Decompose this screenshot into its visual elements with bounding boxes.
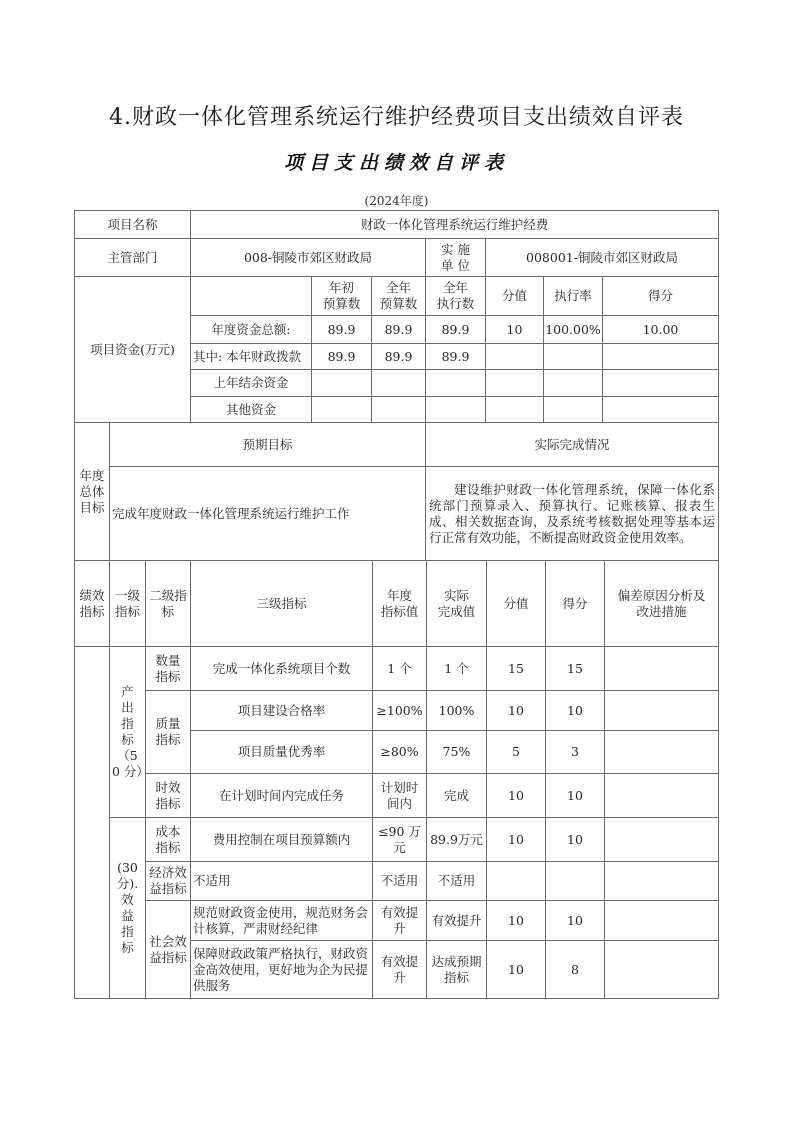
funds-label-text: 项目资金(万元) xyxy=(90,342,175,358)
funds-row-0-score_value: 10 xyxy=(485,315,544,344)
dept-label-text: 主管部门 xyxy=(107,250,157,266)
indicator-row-3-deviation xyxy=(604,773,719,818)
funds-row-3-name-text: 其他资金 xyxy=(226,402,276,418)
funds-header-5-text: 得分 xyxy=(648,288,673,304)
indicator-row-3-score_value: 10 xyxy=(486,773,546,818)
indicator-row-6-target-text: 有效提 升 xyxy=(381,905,419,937)
indicator-row-7-target: 有效提 升 xyxy=(372,940,427,999)
indicator-row-4-score_value: 10 xyxy=(486,817,546,862)
indicator-header-target-text: 年度 指标值 xyxy=(381,588,419,620)
indicator-row-6-name: 规范财政资金使用，规范财务会计核算，严肃财经纪律 xyxy=(190,900,373,941)
funds-row-0-score_value-text: 10 xyxy=(507,322,523,338)
indicator-row-5-deviation xyxy=(604,861,719,901)
indicator-row-0-target: 1 个 xyxy=(372,646,427,691)
goals-label-text: 年度 总体 目标 xyxy=(79,468,104,516)
funds-header-4: 执行率 xyxy=(543,276,603,316)
indicator-row-6-score-text: 10 xyxy=(567,913,583,929)
indicator-row-2-actual: 75% xyxy=(426,730,487,774)
project-name-value-text: 财政一体化管理系统运行维护经费 xyxy=(361,217,549,233)
indicator-row-3-score_value-text: 10 xyxy=(508,788,524,804)
indicator-header-score_value-text: 分值 xyxy=(503,596,528,612)
group-social-text: 社会效 益指标 xyxy=(149,934,187,966)
indicator-row-7-score_value: 10 xyxy=(486,940,546,999)
indicator-header-target: 年度 指标值 xyxy=(372,560,427,647)
indicator-row-0-actual: 1 个 xyxy=(426,646,487,691)
funds-row-1-name-text: 其中: 本年财政拨款 xyxy=(193,349,301,365)
funds-row-2-executed xyxy=(425,369,486,397)
indicator-header-actual: 实际 完成值 xyxy=(426,560,487,647)
funds-row-0-executed: 89.9 xyxy=(425,315,486,344)
group-economic-text: 经济效 益指标 xyxy=(149,865,187,897)
indicator-row-6-score_value: 10 xyxy=(486,900,546,941)
group-social: 社会效 益指标 xyxy=(145,900,191,999)
indicator-row-3-actual: 完成 xyxy=(426,773,487,818)
indicator-row-5-name-text: 不适用 xyxy=(193,873,231,889)
indicator-header-deviation: 偏差原因分析及 改进措施 xyxy=(604,560,719,647)
indicator-row-2-actual-text: 75% xyxy=(443,744,471,760)
indicator-row-1-score_value: 10 xyxy=(486,690,546,731)
indicator-row-6-actual-text: 有效提升 xyxy=(431,913,481,929)
indicator-header-score: 得分 xyxy=(545,560,605,647)
indicator-header-level1: 一级 指标 xyxy=(109,560,146,647)
funds-row-2-rate xyxy=(543,369,603,397)
indicator-row-0-target-text: 1 个 xyxy=(387,661,411,677)
indicator-row-4-actual: 89.9万元 xyxy=(426,817,487,862)
indicator-row-3-target: 计划时 间内 xyxy=(372,773,427,818)
funds-row-0-annual-text: 89.9 xyxy=(385,322,413,338)
impl-unit-value-text: 008001-铜陵市郊区财政局 xyxy=(526,250,678,266)
indicator-header-level3: 三级指标 xyxy=(190,560,373,647)
benefit-indicator-label-text: (30 分). 效 益 指 标 xyxy=(117,860,138,956)
indicator-row-5-target: 不适用 xyxy=(372,861,427,901)
funds-row-0-annual: 89.9 xyxy=(371,315,426,344)
funds-header-blank xyxy=(190,276,312,316)
group-quality: 质量 指标 xyxy=(145,690,191,774)
group-timeliness: 时效 指标 xyxy=(145,773,191,818)
funds-row-2-name: 上年结余资金 xyxy=(190,369,312,397)
indicator-header-level3-text: 三级指标 xyxy=(256,596,306,612)
indicator-header-deviation-text: 偏差原因分析及 改进措施 xyxy=(618,588,706,620)
indicator-row-3-name: 在计划时间内完成任务 xyxy=(190,773,373,818)
indicator-row-5-target-text: 不适用 xyxy=(381,873,419,889)
indicator-row-1-score: 10 xyxy=(545,690,605,731)
indicator-row-3-target-text: 计划时 间内 xyxy=(381,780,419,812)
goals-actual-text: 建设维护财政一体化管理系统，保障一体化系统部门预算录入、预算执行、记账核算、报表… xyxy=(429,482,715,546)
funds-row-1-score xyxy=(602,343,719,370)
indicator-row-0-name: 完成一体化系统项目个数 xyxy=(190,646,373,691)
group-quantity: 数量 指标 xyxy=(145,646,191,691)
funds-row-1-name: 其中: 本年财政拨款 xyxy=(190,343,312,370)
project-name-label: 项目名称 xyxy=(74,210,191,239)
funds-row-3-rate xyxy=(543,396,603,423)
goals-expected-text: 完成年度财政一体化管理系统运行维护工作 xyxy=(112,506,350,522)
indicator-row-1-name: 项目建设合格率 xyxy=(190,690,373,731)
indicator-row-6-actual: 有效提升 xyxy=(426,900,487,941)
indicator-row-7-name-text: 保障财政政策严格执行，财政资金高效使用，更好地为企为民提供服务 xyxy=(193,946,370,994)
funds-header-2: 全年 执行数 xyxy=(425,276,486,316)
indicator-row-2-score: 3 xyxy=(545,730,605,774)
indicator-row-6-score_value-text: 10 xyxy=(508,913,524,929)
indicator-row-4-name: 费用控制在项目预算额内 xyxy=(190,817,373,862)
funds-row-2-score xyxy=(602,369,719,397)
funds-row-1-executed-text: 89.9 xyxy=(442,349,470,365)
indicator-row-1-target-text: ≥100% xyxy=(376,703,422,719)
funds-row-2-initial xyxy=(311,369,372,397)
indicator-header-perf-text: 绩效 指标 xyxy=(79,588,104,620)
perf-indicator-blank xyxy=(74,646,110,999)
indicator-row-4-target-text: ≤90 万 元 xyxy=(378,824,421,856)
indicator-row-7-name: 保障财政政策严格执行，财政资金高效使用，更好地为企为民提供服务 xyxy=(190,940,373,999)
group-cost-text: 成本 指标 xyxy=(155,824,180,856)
indicator-header-score-text: 得分 xyxy=(562,596,587,612)
funds-row-1-annual-text: 89.9 xyxy=(385,349,413,365)
funds-row-3-executed xyxy=(425,396,486,423)
funds-row-2-name-text: 上年结余资金 xyxy=(213,375,288,391)
indicator-row-5-name: 不适用 xyxy=(190,861,373,901)
funds-row-0-rate: 100.00% xyxy=(543,315,603,344)
funds-row-3-score xyxy=(602,396,719,423)
funds-row-3-score_value xyxy=(485,396,544,423)
funds-row-0-rate-text: 100.00% xyxy=(545,322,601,338)
indicator-row-4-score_value-text: 10 xyxy=(508,832,524,848)
group-timeliness-text: 时效 指标 xyxy=(155,780,180,812)
indicator-header-level2: 二级指 标 xyxy=(145,560,191,647)
indicator-row-0-name-text: 完成一体化系统项目个数 xyxy=(213,661,351,677)
indicator-row-4-deviation xyxy=(604,817,719,862)
indicator-row-5-score_value xyxy=(486,861,546,901)
indicator-row-7-actual-text: 达成预期 指标 xyxy=(431,954,481,986)
funds-header-5: 得分 xyxy=(602,276,719,316)
funds-header-1-text: 全年 预算数 xyxy=(380,280,418,312)
goals-expected-header-text: 预期目标 xyxy=(242,437,292,453)
indicator-row-4-score-text: 10 xyxy=(567,832,583,848)
indicator-row-3-score: 10 xyxy=(545,773,605,818)
funds-header-0-text: 年初 预算数 xyxy=(323,280,361,312)
funds-row-0-score-text: 10.00 xyxy=(643,322,679,338)
indicator-row-5-actual: 不适用 xyxy=(426,861,487,901)
indicator-row-0-score: 15 xyxy=(545,646,605,691)
indicator-row-2-score_value-text: 5 xyxy=(512,744,520,760)
group-quantity-text: 数量 指标 xyxy=(155,653,180,685)
dept-value: 008-铜陵市郊区财政局 xyxy=(190,238,426,277)
goals-expected: 完成年度财政一体化管理系统运行维护工作 xyxy=(109,466,426,561)
indicator-row-2-target-text: ≥80% xyxy=(380,744,418,760)
form-subtitle: 项目支出绩效自评表 xyxy=(0,148,793,175)
funds-row-0-score: 10.00 xyxy=(602,315,719,344)
output-indicator-label-text: 产 出 指 标（5 0 分） xyxy=(112,684,143,780)
funds-label: 项目资金(万元) xyxy=(74,276,191,423)
funds-row-1-rate xyxy=(543,343,603,370)
funds-row-3-initial xyxy=(311,396,372,423)
indicator-row-0-score_value: 15 xyxy=(486,646,546,691)
indicator-row-1-score-text: 10 xyxy=(567,703,583,719)
indicator-row-7-actual: 达成预期 指标 xyxy=(426,940,487,999)
indicator-header-perf: 绩效 指标 xyxy=(74,560,110,647)
indicator-row-0-score_value-text: 15 xyxy=(508,661,524,677)
funds-header-4-text: 执行率 xyxy=(554,288,592,304)
indicator-row-0-deviation xyxy=(604,646,719,691)
output-indicator-label: 产 出 指 标（5 0 分） xyxy=(109,646,146,818)
indicator-header-actual-text: 实际 完成值 xyxy=(438,588,476,620)
indicator-row-2-score_value: 5 xyxy=(486,730,546,774)
funds-row-1-executed: 89.9 xyxy=(425,343,486,370)
dept-label: 主管部门 xyxy=(74,238,191,277)
funds-header-1: 全年 预算数 xyxy=(371,276,426,316)
indicator-header-level1-text: 一级 指标 xyxy=(115,588,140,620)
indicator-row-6-name-text: 规范财政资金使用，规范财务会计核算，严肃财经纪律 xyxy=(193,905,370,937)
impl-unit-label: 实 施 单 位 xyxy=(425,238,486,277)
indicator-row-5-score xyxy=(545,861,605,901)
dept-value-text: 008-铜陵市郊区财政局 xyxy=(244,250,372,266)
indicator-header-score_value: 分值 xyxy=(486,560,546,647)
indicator-row-2-name-text: 项目质量优秀率 xyxy=(238,744,326,760)
goals-expected-header: 预期目标 xyxy=(109,422,426,467)
funds-header-3: 分值 xyxy=(485,276,544,316)
indicator-row-2-score-text: 3 xyxy=(571,744,579,760)
indicator-row-7-score: 8 xyxy=(545,940,605,999)
funds-row-1-annual: 89.9 xyxy=(371,343,426,370)
goals-actual: 建设维护财政一体化管理系统，保障一体化系统部门预算录入、预算执行、记账核算、报表… xyxy=(425,466,719,561)
funds-row-2-annual xyxy=(371,369,426,397)
indicator-row-4-actual-text: 89.9万元 xyxy=(430,832,483,848)
indicator-row-1-name-text: 项目建设合格率 xyxy=(238,703,326,719)
indicator-row-1-score_value-text: 10 xyxy=(508,703,524,719)
benefit-indicator-label: (30 分). 效 益 指 标 xyxy=(109,817,146,999)
funds-row-0-name: 年度资金总额: xyxy=(190,315,312,344)
indicator-row-2-target: ≥80% xyxy=(372,730,427,774)
funds-row-0-initial-text: 89.9 xyxy=(328,322,356,338)
indicator-row-1-deviation xyxy=(604,690,719,731)
fiscal-year: (2024年度) xyxy=(0,192,793,209)
indicator-row-6-target: 有效提 升 xyxy=(372,900,427,941)
funds-row-1-initial-text: 89.9 xyxy=(328,349,356,365)
indicator-row-0-score-text: 15 xyxy=(567,661,583,677)
indicator-row-5-actual-text: 不适用 xyxy=(438,873,476,889)
project-name-value: 财政一体化管理系统运行维护经费 xyxy=(190,210,719,239)
document-title: 4.财政一体化管理系统运行维护经费项目支出绩效自评表 xyxy=(0,100,793,131)
indicator-row-4-target: ≤90 万 元 xyxy=(372,817,427,862)
indicator-row-6-deviation xyxy=(604,900,719,941)
group-quality-text: 质量 指标 xyxy=(155,716,180,748)
project-name-label-text: 项目名称 xyxy=(107,217,157,233)
funds-row-3-name: 其他资金 xyxy=(190,396,312,423)
funds-row-1-score_value xyxy=(485,343,544,370)
group-cost: 成本 指标 xyxy=(145,817,191,862)
funds-row-3-annual xyxy=(371,396,426,423)
funds-row-2-score_value xyxy=(485,369,544,397)
indicator-row-3-actual-text: 完成 xyxy=(444,788,469,804)
funds-row-1-initial: 89.9 xyxy=(311,343,372,370)
goals-actual-header: 实际完成情况 xyxy=(425,422,719,467)
funds-header-0: 年初 预算数 xyxy=(311,276,372,316)
funds-row-0-name-text: 年度资金总额: xyxy=(211,322,290,338)
funds-header-3-text: 分值 xyxy=(502,288,527,304)
indicator-row-3-name-text: 在计划时间内完成任务 xyxy=(219,788,344,804)
indicator-row-6-score: 10 xyxy=(545,900,605,941)
indicator-row-1-target: ≥100% xyxy=(372,690,427,731)
indicator-row-0-actual-text: 1 个 xyxy=(444,661,468,677)
indicator-row-4-score: 10 xyxy=(545,817,605,862)
funds-row-0-initial: 89.9 xyxy=(311,315,372,344)
indicator-row-1-actual: 100% xyxy=(426,690,487,731)
indicator-row-2-name: 项目质量优秀率 xyxy=(190,730,373,774)
funds-row-0-executed-text: 89.9 xyxy=(442,322,470,338)
indicator-row-7-score_value-text: 10 xyxy=(508,962,524,978)
group-economic: 经济效 益指标 xyxy=(145,861,191,901)
goals-label: 年度 总体 目标 xyxy=(74,422,110,561)
indicator-row-7-score-text: 8 xyxy=(571,962,579,978)
impl-unit-label-text: 实 施 单 位 xyxy=(441,242,470,274)
goals-actual-header-text: 实际完成情况 xyxy=(534,437,609,453)
impl-unit-value: 008001-铜陵市郊区财政局 xyxy=(485,238,719,277)
indicator-row-4-name-text: 费用控制在项目预算额内 xyxy=(213,832,351,848)
indicator-row-7-deviation xyxy=(604,940,719,999)
funds-header-2-text: 全年 执行数 xyxy=(437,280,475,312)
indicator-row-2-deviation xyxy=(604,730,719,774)
indicator-row-7-target-text: 有效提 升 xyxy=(381,954,419,986)
indicator-header-level2-text: 二级指 标 xyxy=(149,588,187,620)
indicator-row-3-score-text: 10 xyxy=(567,788,583,804)
indicator-row-1-actual-text: 100% xyxy=(439,703,475,719)
